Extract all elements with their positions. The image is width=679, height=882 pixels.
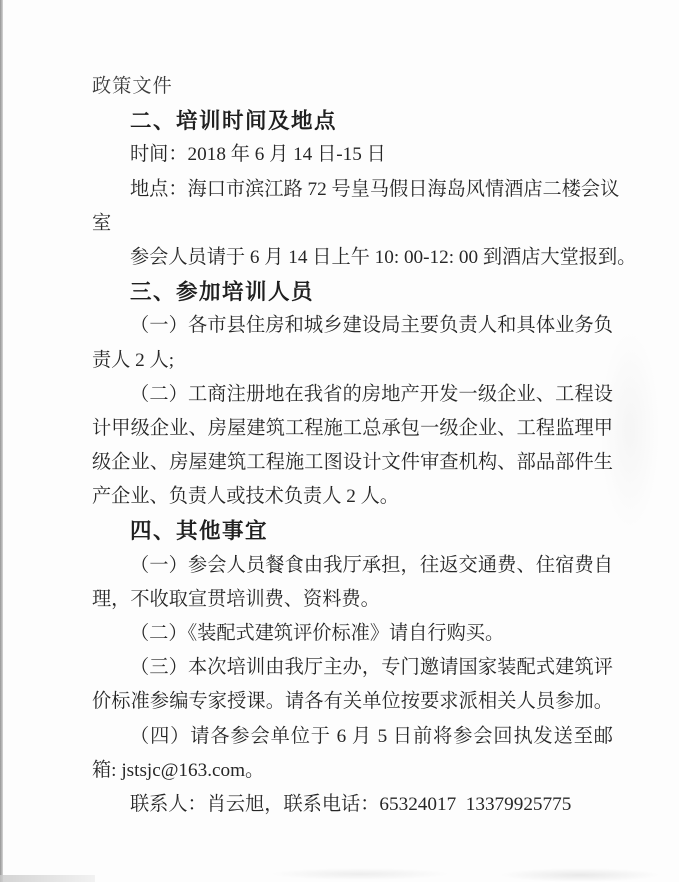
- line-training-time: 时间：2018 年 6 月 14 日-15 日: [92, 138, 613, 172]
- line-other-item-3-cont: 价标准参编专家授课。请各有关单位按要求派相关人员参加。: [92, 685, 613, 719]
- line-participants-item-1: （一）各市县住房和城乡建设局主要负责人和具体业务负: [92, 309, 613, 343]
- section-heading-training-time-location: 二、培训时间及地点: [92, 104, 613, 138]
- line-other-item-2: （二）《装配式建筑评价标准》请自行购买。: [92, 617, 613, 651]
- scan-edge-left-artifact: [0, 0, 3, 882]
- line-training-location: 地点：海口市滨江路 72 号皇马假日海岛风情酒店二楼会议: [92, 173, 613, 207]
- line-participants-item-1-cont: 责人 2 人;: [92, 344, 613, 378]
- line-other-item-4: （四）请各参会单位于 6 月 5 日前将参会回执发送至邮: [92, 720, 613, 754]
- document-body: 政策文件 二、培训时间及地点 时间：2018 年 6 月 14 日-15 日 地…: [92, 70, 613, 822]
- line-participants-item-2-cont-3: 产企业、负责人或技术负责人 2 人。: [92, 480, 613, 514]
- line-participants-item-2-cont-1: 计甲级企业、房屋建筑工程施工总承包一级企业、工程监理甲: [92, 412, 613, 446]
- section-heading-other-matters: 四、其他事宜: [92, 514, 613, 548]
- line-participants-item-2: （二）工商注册地在我省的房地产开发一级企业、工程设: [92, 378, 613, 412]
- scan-edge-bottom-artifact: [0, 875, 95, 882]
- line-other-item-1: （一）参会人员餐食由我厅承担，往返交通费、住宿费自: [92, 549, 613, 583]
- section-heading-participants: 三、参加培训人员: [92, 275, 613, 309]
- scan-smudge: [500, 868, 660, 882]
- doc-category-label: 政策文件: [92, 70, 613, 104]
- line-other-item-3: （三）本次培训由我厅主办，专门邀请国家装配式建筑评: [92, 651, 613, 685]
- scan-smudge: [270, 868, 450, 880]
- line-contact-info: 联系人：肖云旭，联系电话：65324017 13379925775: [92, 788, 613, 822]
- line-other-item-4-email: 箱: jstsjc@163.com。: [92, 754, 613, 788]
- line-participants-item-2-cont-2: 级企业、房屋建筑工程施工图设计文件审查机构、部品部件生: [92, 446, 613, 480]
- scanned-document-page: 政策文件 二、培训时间及地点 时间：2018 年 6 月 14 日-15 日 地…: [0, 0, 679, 882]
- line-training-location-cont: 室: [92, 207, 613, 241]
- line-checkin-notice: 参会人员请于 6 月 14 日上午 10: 00-12: 00 到酒店大堂报到。: [92, 241, 613, 275]
- line-other-item-1-cont: 理，不收取宣贯培训费、资料费。: [92, 583, 613, 617]
